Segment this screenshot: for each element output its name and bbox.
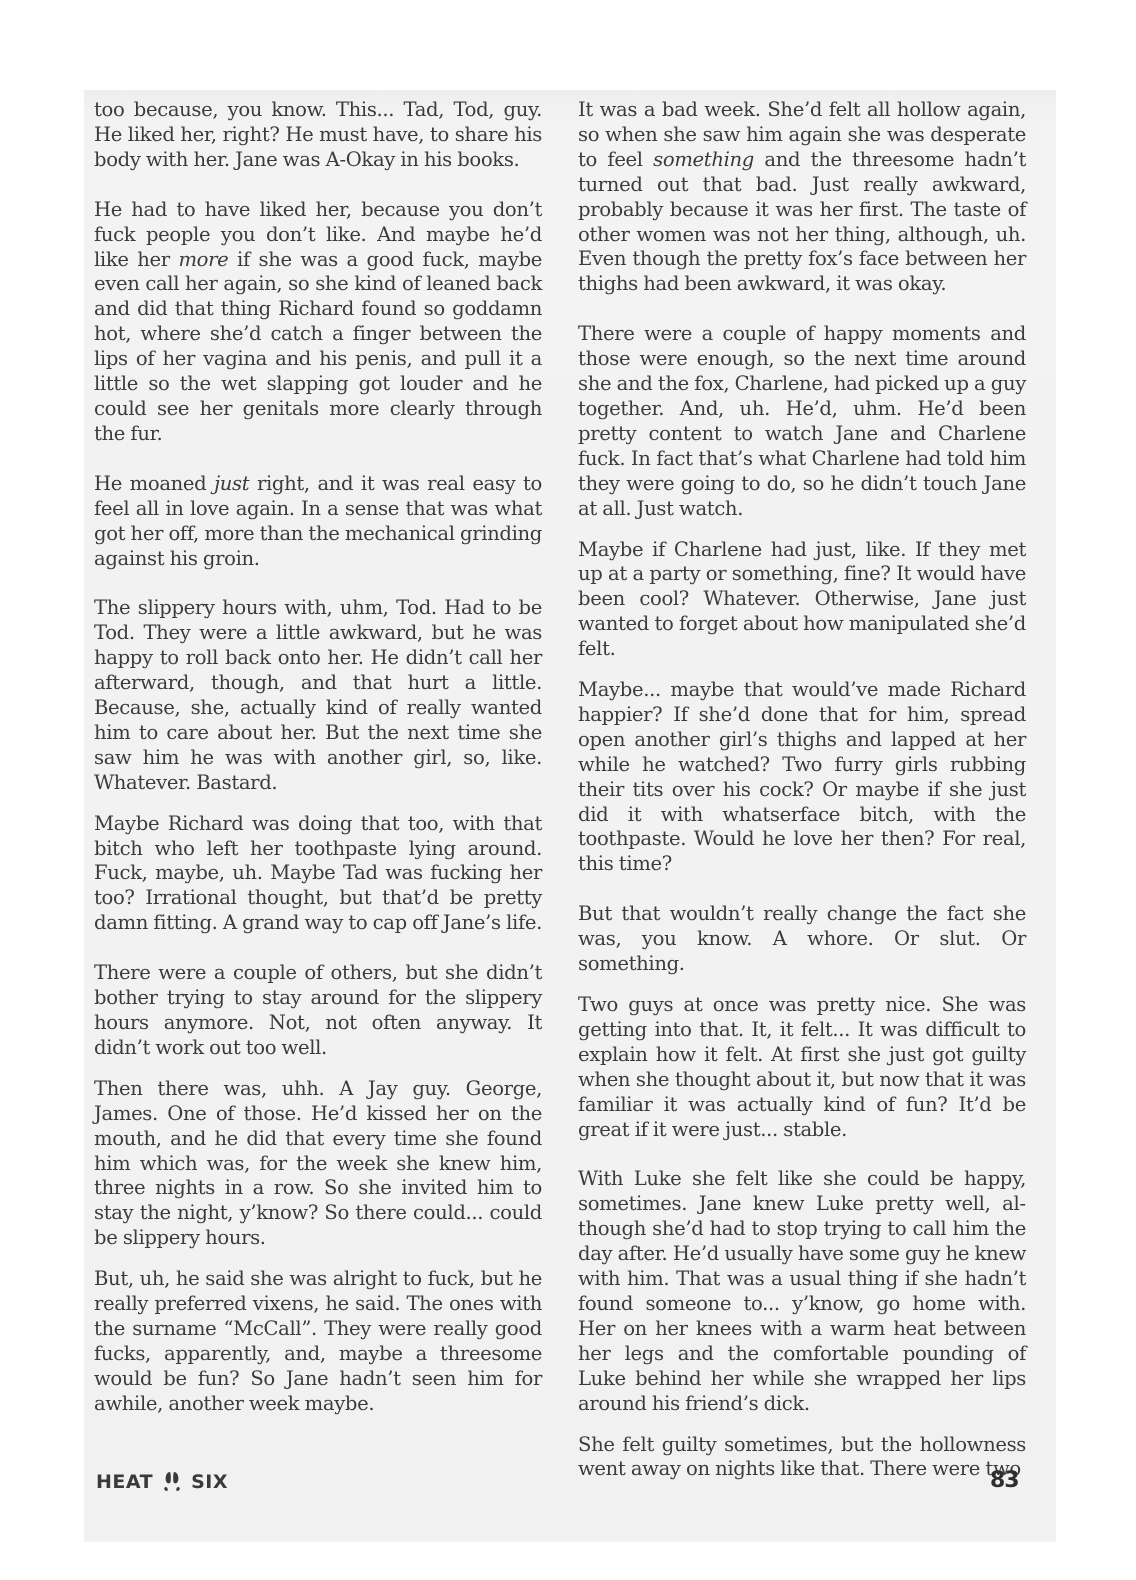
emphasis: something (653, 148, 754, 171)
hoof-print-icon (161, 1470, 183, 1494)
paragraph: She felt guilty sometimes, but the hollo… (578, 1433, 1026, 1483)
paragraph: Maybe if Charlene had just, like. If the… (578, 538, 1026, 663)
left-column: too because, you know. This... Tad, Tod,… (94, 98, 542, 1442)
magazine-title-word1: HEAT (96, 1471, 153, 1493)
paragraph: With Luke she felt like she could be hap… (578, 1167, 1026, 1416)
paragraph: Then there was, uhh. A Jay guy. George, … (94, 1077, 542, 1251)
paragraph: too because, you know. This... Tad, Tod,… (94, 98, 542, 173)
magazine-title-word2: SIX (191, 1471, 228, 1493)
emphasis: just (214, 472, 249, 495)
paragraph: There were a couple of happy moments and… (578, 322, 1026, 521)
paragraph: Maybe... maybe that would’ve made Richar… (578, 678, 1026, 877)
paragraph: The slippery hours with, uhm, Tod. Had t… (94, 596, 542, 795)
page-number: 83 (990, 1468, 1019, 1493)
paragraph: Two guys at once was pretty nice. She wa… (578, 993, 1026, 1142)
emphasis: more (178, 248, 228, 271)
magazine-footer: HEAT SIX (96, 1470, 228, 1494)
paragraph: There were a couple of others, but she d… (94, 961, 542, 1061)
paragraph: But that wouldn’t really change the fact… (578, 902, 1026, 977)
paragraph: But, uh, he said she was alright to fuck… (94, 1267, 542, 1416)
paragraph: He had to have liked her, because you do… (94, 198, 542, 447)
paragraph: He moaned just right, and it was real ea… (94, 472, 542, 572)
paragraph: It was a bad week. She’d felt all hollow… (578, 98, 1026, 297)
right-column: It was a bad week. She’d felt all hollow… (578, 98, 1026, 1507)
paragraph: Maybe Richard was doing that too, with t… (94, 812, 542, 937)
